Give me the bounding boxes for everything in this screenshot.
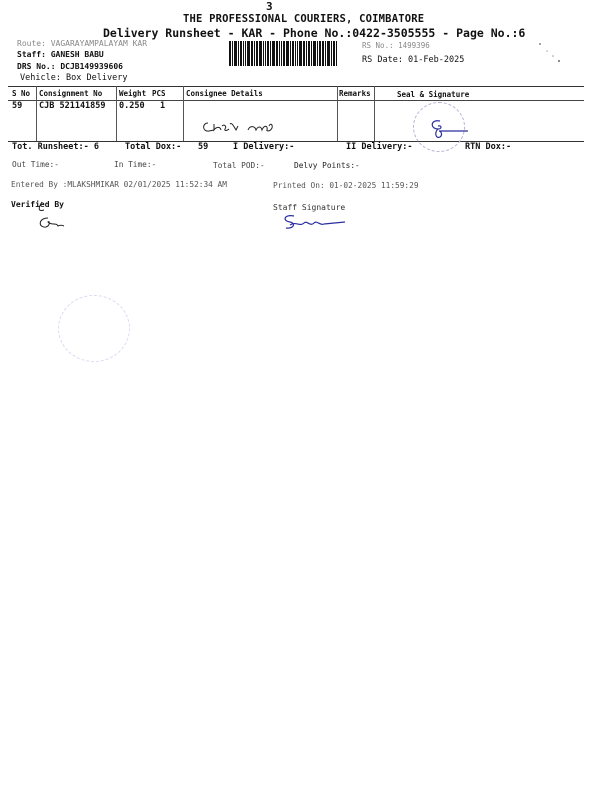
column-header-pcs: PCS bbox=[152, 89, 166, 98]
ii-delivery: II Delivery:- bbox=[346, 142, 413, 152]
staff-signature-icon bbox=[280, 213, 350, 233]
tot-runsheet: Tot. Runsheet:- 6 bbox=[12, 142, 99, 152]
verified-signature-icon bbox=[34, 198, 70, 234]
cell-sno: 59 bbox=[12, 101, 22, 111]
drs-number: DRS No.: DCJB149939606 bbox=[17, 62, 123, 71]
out-time: Out Time:- bbox=[12, 160, 59, 169]
rs-number: RS No.: 1499396 bbox=[362, 41, 430, 50]
column-header-weight: Weight bbox=[119, 89, 146, 98]
column-header-seal: Seal & Signature bbox=[397, 90, 469, 99]
column-header-consignment: Consignment No bbox=[39, 89, 102, 98]
table-top-border bbox=[8, 86, 584, 87]
col-divider bbox=[116, 86, 117, 141]
rs-date: RS Date: 01-Feb-2025 bbox=[362, 55, 464, 65]
col-divider bbox=[183, 86, 184, 141]
total-pod: Total POD:- bbox=[213, 161, 265, 170]
page-mark: 3 bbox=[266, 0, 273, 13]
seal-signature-icon bbox=[428, 117, 472, 143]
delvy-points: Delvy Points:- bbox=[294, 161, 360, 170]
cell-pcs: 1 bbox=[160, 101, 165, 111]
in-time: In Time:- bbox=[114, 160, 156, 169]
col-divider bbox=[337, 86, 338, 141]
staff-signature-label: Staff Signature bbox=[273, 203, 345, 212]
cell-weight: 0.250 bbox=[119, 101, 145, 111]
runsheet-title: Delivery Runsheet - KAR - Phone No.:0422… bbox=[103, 26, 525, 40]
total-dox-value: 59 bbox=[198, 142, 208, 152]
cell-consignment-no: CJB 521141859 bbox=[39, 101, 106, 111]
entered-by: Entered By :MLAKSHMIKAR 02/01/2025 11:52… bbox=[11, 180, 227, 189]
staff-text: Staff: GANESH BABU bbox=[17, 50, 104, 59]
faint-stamp-artifact bbox=[58, 295, 130, 362]
total-dox-label: Total Dox:- bbox=[125, 142, 181, 152]
consignee-handwriting-icon bbox=[200, 118, 280, 136]
rtn-dox: RTN Dox:- bbox=[465, 142, 511, 152]
column-header-sno: S No bbox=[12, 89, 30, 98]
column-header-consignee: Consignee Details bbox=[186, 89, 263, 98]
column-header-remarks: Remarks bbox=[339, 89, 371, 98]
barcode-icon bbox=[229, 41, 355, 66]
scan-specks-icon bbox=[535, 40, 565, 65]
organization-name: THE PROFESSIONAL COURIERS, COIMBATORE bbox=[183, 13, 424, 25]
vehicle-text: Vehicle: Box Delivery bbox=[20, 73, 127, 83]
printed-on: Printed On: 01-02-2025 11:59:29 bbox=[273, 181, 419, 190]
col-divider bbox=[374, 86, 375, 141]
route-text: Route: VAGARAYAMPALAYAM KAR bbox=[17, 39, 147, 48]
i-delivery: I Delivery:- bbox=[233, 142, 294, 152]
col-divider bbox=[36, 86, 37, 141]
